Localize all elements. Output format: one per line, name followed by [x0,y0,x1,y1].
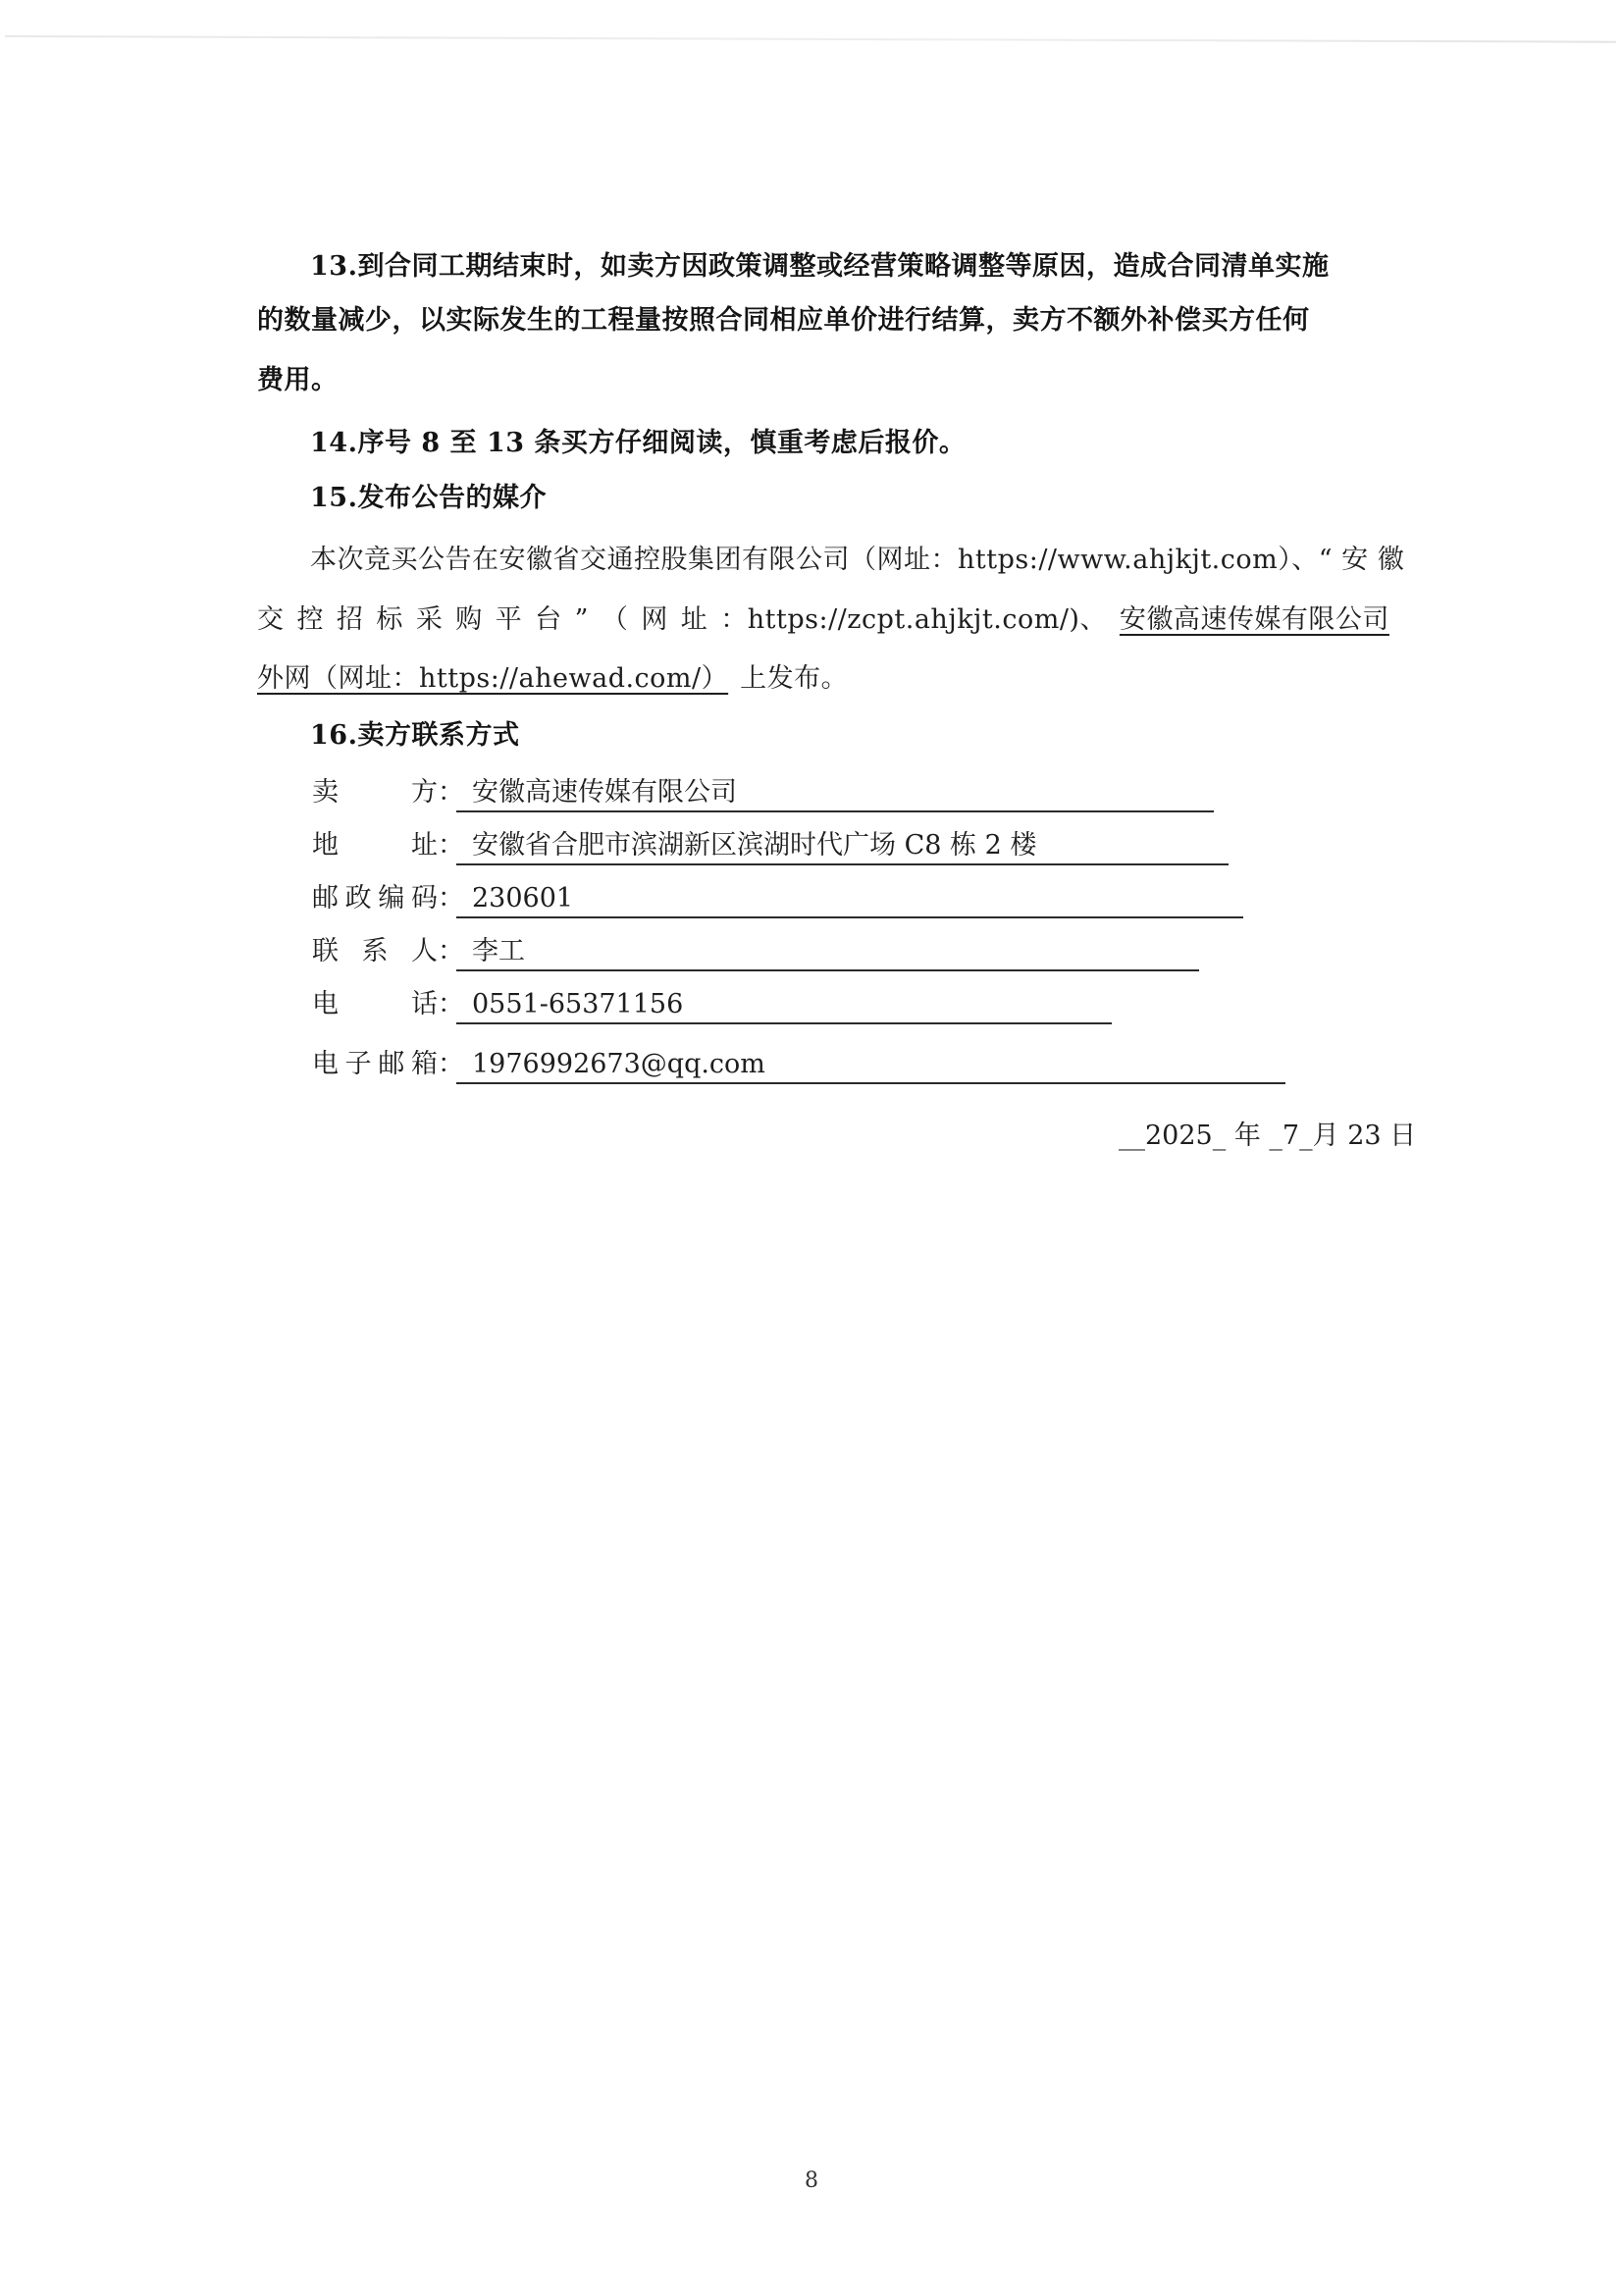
item15-line2-part: 控 [296,600,324,640]
item15-line3: 外网（网址：https://ahewad.com/）上发布。 [257,659,848,699]
field-label: 电子邮箱 [312,1045,438,1084]
item15-line2-part: 招 [337,600,364,640]
item13-line3: 费用。 [257,361,339,400]
item15-line2-part: 购 [455,600,483,640]
item15-line2-part: 网 [641,600,668,640]
item15-line2-part: 台 [535,600,562,640]
signature-date: __2025_ 年 _7_月 23 日 [1119,1117,1416,1156]
item15-heading: 15.发布公告的媒介 [310,479,547,518]
field-value: 0551-65371156 [456,985,1112,1024]
scan-edge-line [5,35,1616,43]
field-label: 联系人 [312,932,438,971]
field-label: 地址 [312,826,438,865]
field-label: 邮政编码 [312,879,438,918]
item15-website-underlined: 外网（网址：https://ahewad.com/） [257,663,740,694]
item16-heading: 16.卖方联系方式 [310,716,519,756]
date-day: 23 [1347,1121,1381,1151]
item15-line2-url: ：https://zcpt.ahjkjt.com/)、 [720,600,1107,640]
page-number: 8 [0,2168,1623,2193]
item15-line2-part: 交 [257,600,285,640]
date-month: 7 [1283,1121,1299,1151]
field-label: 电话 [312,985,438,1024]
item14: 14.序号 8 至 13 条买方仔细阅读，慎重考虑后报价。 [310,424,966,463]
item15-line2-part: 址 [681,600,708,640]
item13-line2: 的数量减少，以实际发生的工程量按照合同相应单价进行结算，卖方不额外补偿买方任何 [257,301,1310,340]
item15-company-underlined: 安徽高速传媒有限公司 [1120,600,1389,640]
item13-line1: 13.到合同工期结束时，如卖方因政策调整或经营策略调整等原因，造成合同清单实施 [310,247,1329,287]
item15-line2-part: ” [575,600,589,640]
item15-line2-part: 采 [416,600,444,640]
field-value: 安徽省合肥市滨湖新区滨湖时代广场 C8 栋 2 楼 [456,826,1229,865]
item15-line2-part: 标 [376,600,403,640]
item15-line2-part: （ [602,600,629,640]
item15-line1: 本次竞买公告在安徽省交通控股集团有限公司（网址：https://www.ahjk… [310,541,1389,580]
field-value: 安徽高速传媒有限公司 [456,773,1214,812]
item15-line2: 交 控 招 标 采 购 平 台 ” （ 网 址 ：https://zcpt.ah… [257,600,1389,640]
field-value: 1976992673@qq.com [456,1045,1285,1084]
item15-line3-tail: 上发布。 [740,663,848,694]
date-year: 2025 [1145,1121,1213,1151]
field-value: 230601 [456,879,1243,918]
item15-line2-part: 平 [496,600,523,640]
field-value: 李工 [456,932,1199,971]
field-label: 卖方 [312,773,438,812]
